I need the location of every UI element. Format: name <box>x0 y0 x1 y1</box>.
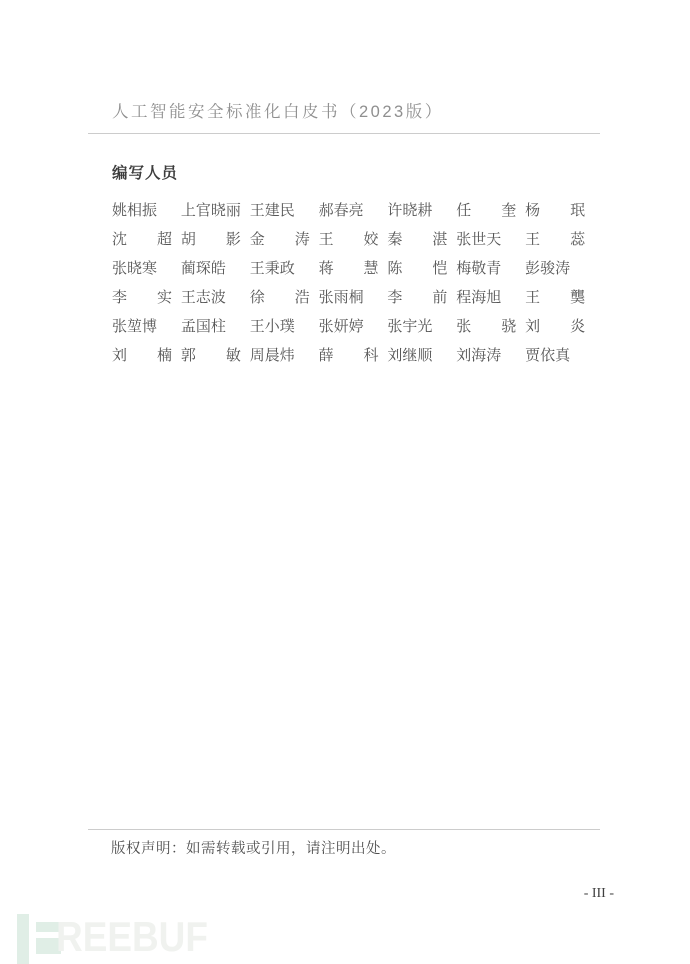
author-name: 郝春亮 <box>319 196 364 225</box>
section-heading-authors: 编写人员 <box>112 161 178 183</box>
author-name: 张堃博 <box>112 312 157 341</box>
author-cell: 张宇光 <box>387 312 456 341</box>
author-cell: 刘继顺 <box>387 341 456 370</box>
author-name: 郭敏 <box>181 341 241 370</box>
author-cell: 杨珉 <box>525 196 594 225</box>
author-cell: 许晓耕 <box>387 196 456 225</box>
author-name: 张宇光 <box>387 312 432 341</box>
author-name: 周晨炜 <box>250 341 295 370</box>
author-name: 张雨桐 <box>319 283 364 312</box>
author-cell: 贾依真 <box>525 341 594 370</box>
author-cell: 刘海涛 <box>456 341 525 370</box>
author-cell: 张晓寒 <box>112 254 181 283</box>
author-cell: 张雨桐 <box>319 283 388 312</box>
author-name: 张世天 <box>456 225 501 254</box>
author-cell: 沈超 <box>112 225 181 254</box>
author-cell: 秦湛 <box>387 225 456 254</box>
author-name: 贾依真 <box>525 341 570 370</box>
author-name: 孟国柱 <box>181 312 226 341</box>
author-name: 王秉政 <box>250 254 295 283</box>
author-name: 薛科 <box>319 341 379 370</box>
author-cell: 刘楠 <box>112 341 181 370</box>
author-name: 张晓寒 <box>112 254 157 283</box>
author-name: 陈恺 <box>387 254 447 283</box>
author-name: 张骁 <box>456 312 516 341</box>
author-name: 徐浩 <box>250 283 310 312</box>
freebuf-watermark-text: REEBUF <box>56 916 208 958</box>
author-cell: 张骁 <box>456 312 525 341</box>
author-cell: 陈恺 <box>387 254 456 283</box>
author-cell: 王姣 <box>319 225 388 254</box>
author-cell: 胡影 <box>181 225 250 254</box>
footer-rule <box>88 829 600 830</box>
author-name: 张妍婷 <box>319 312 364 341</box>
author-cell: 徐浩 <box>250 283 319 312</box>
author-cell: 蔺琛皓 <box>181 254 250 283</box>
author-cell: 金涛 <box>250 225 319 254</box>
author-name: 胡影 <box>181 225 241 254</box>
header-rule <box>88 133 600 134</box>
author-cell: 梅敬青 <box>456 254 525 283</box>
author-cell: 任奎 <box>456 196 525 225</box>
author-name: 刘海涛 <box>456 341 501 370</box>
author-name: 蒋慧 <box>319 254 379 283</box>
authors-grid: 姚相振上官晓丽王建民郝春亮许晓耕任奎杨珉沈超胡影金涛王姣秦湛张世天王蕊张晓寒蔺琛… <box>112 196 594 370</box>
author-name: 上官晓丽 <box>181 196 241 225</box>
author-cell: 张妍婷 <box>319 312 388 341</box>
author-name: 王蕊 <box>525 225 585 254</box>
copyright-note: 版权声明：如需转载或引用，请注明出处。 <box>111 837 396 858</box>
document-page: 人工智能安全标准化白皮书（2023版） 编写人员 姚相振上官晓丽王建民郝春亮许晓… <box>0 0 690 964</box>
author-name: 蔺琛皓 <box>181 254 226 283</box>
author-cell: 周晨炜 <box>250 341 319 370</box>
author-name: 彭骏涛 <box>525 254 570 283</box>
author-name: 刘继顺 <box>387 341 432 370</box>
page-number: - III - <box>584 886 614 902</box>
author-name: 李前 <box>387 283 447 312</box>
author-name: 王小璞 <box>250 312 295 341</box>
author-name: 金涛 <box>250 225 310 254</box>
author-cell: 程海旭 <box>456 283 525 312</box>
author-cell: 上官晓丽 <box>181 196 250 225</box>
freebuf-logo-bar-icon <box>17 914 29 964</box>
author-cell: 王秉政 <box>250 254 319 283</box>
author-cell: 郭敏 <box>181 341 250 370</box>
author-cell: 孟国柱 <box>181 312 250 341</box>
author-name: 刘炎 <box>525 312 585 341</box>
author-cell: 刘炎 <box>525 312 594 341</box>
document-title: 人工智能安全标准化白皮书（2023版） <box>112 98 444 122</box>
author-cell: 李前 <box>387 283 456 312</box>
author-name: 秦湛 <box>387 225 447 254</box>
author-name: 王志波 <box>181 283 226 312</box>
author-name: 任奎 <box>456 196 516 225</box>
author-name: 杨珉 <box>525 196 585 225</box>
author-name: 许晓耕 <box>387 196 432 225</box>
author-cell: 王志波 <box>181 283 250 312</box>
author-cell: 张世天 <box>456 225 525 254</box>
author-cell: 姚相振 <box>112 196 181 225</box>
author-name: 王建民 <box>250 196 295 225</box>
author-cell: 王建民 <box>250 196 319 225</box>
author-name: 沈超 <box>112 225 172 254</box>
author-name: 刘楠 <box>112 341 172 370</box>
author-cell: 王龑 <box>525 283 594 312</box>
author-cell: 王小璞 <box>250 312 319 341</box>
author-cell: 张堃博 <box>112 312 181 341</box>
author-cell: 彭骏涛 <box>525 254 594 283</box>
author-name: 王龑 <box>525 283 585 312</box>
author-name: 姚相振 <box>112 196 157 225</box>
author-cell: 郝春亮 <box>319 196 388 225</box>
author-name: 程海旭 <box>456 283 501 312</box>
author-cell: 李实 <box>112 283 181 312</box>
author-cell: 蒋慧 <box>319 254 388 283</box>
author-name: 王姣 <box>319 225 379 254</box>
author-cell: 王蕊 <box>525 225 594 254</box>
author-name: 梅敬青 <box>456 254 501 283</box>
author-name: 李实 <box>112 283 172 312</box>
author-cell: 薛科 <box>319 341 388 370</box>
